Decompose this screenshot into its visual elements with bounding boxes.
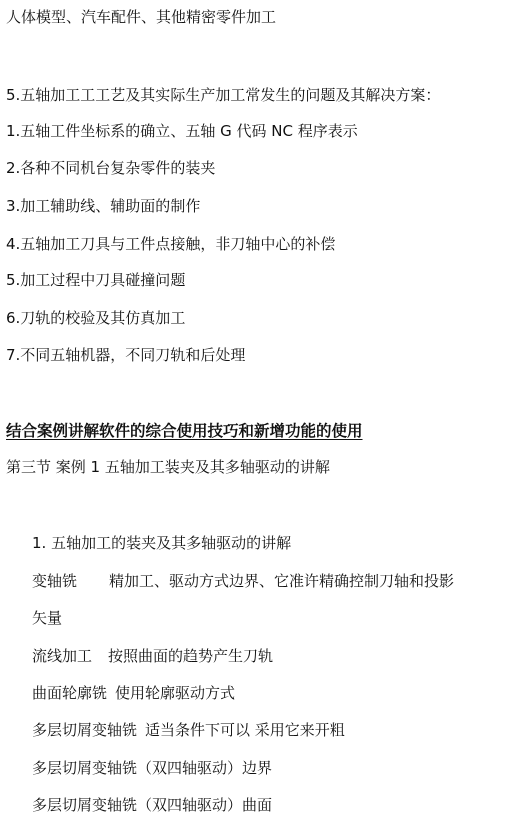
entry-row: 多层切屑变轴铣适当条件下可以 采用它来开粗 [32,720,345,740]
entry-term: 曲面轮廓铣 [32,684,107,702]
entry-term: 矢量 [32,609,62,627]
section-5-title: 5.五轴加工工工艺及其实际生产加工常发生的问题及其解决方案： [6,85,440,105]
entry-term: 多层切屑变轴铣（双四轴驱动）曲面 [32,796,272,814]
entry-row: 多层切屑变轴铣（双四轴驱动）曲面 [32,795,272,815]
section-3-title: 第三节 案例 1 五轴加工装夹及其多轴驱动的讲解 [6,457,330,477]
section-5-item-1: 1.五轴工件坐标系的确立、五轴 G 代码 NC 程序表示 [6,121,358,141]
entry-term: 流线加工 [32,647,92,665]
entry-row: 流线加工按照曲面的趋势产生刀轨 [32,646,273,666]
entry-desc: 按照曲面的趋势产生刀轨 [108,647,273,665]
entry-term: 变轴铣 [32,572,77,590]
entry-desc: 适当条件下可以 采用它来开粗 [145,721,345,739]
entry-desc: 精加工、驱动方式边界、它准许精确控制刀轴和投影 [109,572,454,590]
section-5-item-2: 2.各种不同机台复杂零件的装夹 [6,158,215,178]
entry-row: 变轴铣精加工、驱动方式边界、它准许精确控制刀轴和投影 [32,571,454,591]
subsection-title: 1. 五轴加工的装夹及其多轴驱动的讲解 [32,533,291,553]
entry-row: 矢量 [32,608,62,628]
section-5-item-3: 3.加工辅助线、辅助面的制作 [6,196,200,216]
section-5-item-7: 7.不同五轴机器，不同刀轨和后处理 [6,345,245,365]
section-5-item-5: 5.加工过程中刀具碰撞问题 [6,270,185,290]
section-5-item-6: 6.刀轨的校验及其仿真加工 [6,308,185,328]
intro-line: 人体模型、汽车配件、其他精密零件加工 [6,7,276,27]
entry-term: 多层切屑变轴铣 [32,721,137,739]
entry-row: 多层切屑变轴铣（双四轴驱动）边界 [32,758,272,778]
entry-term: 多层切屑变轴铣（双四轴驱动）边界 [32,759,272,777]
entry-desc: 使用轮廓驱动方式 [115,684,235,702]
entry-row: 曲面轮廓铣使用轮廓驱动方式 [32,683,235,703]
chapter-heading: 结合案例讲解软件的综合使用技巧和新增功能的使用 [6,421,363,441]
section-5-item-4: 4.五轴加工刀具与工件点接触，非刀轴中心的补偿 [6,234,335,254]
